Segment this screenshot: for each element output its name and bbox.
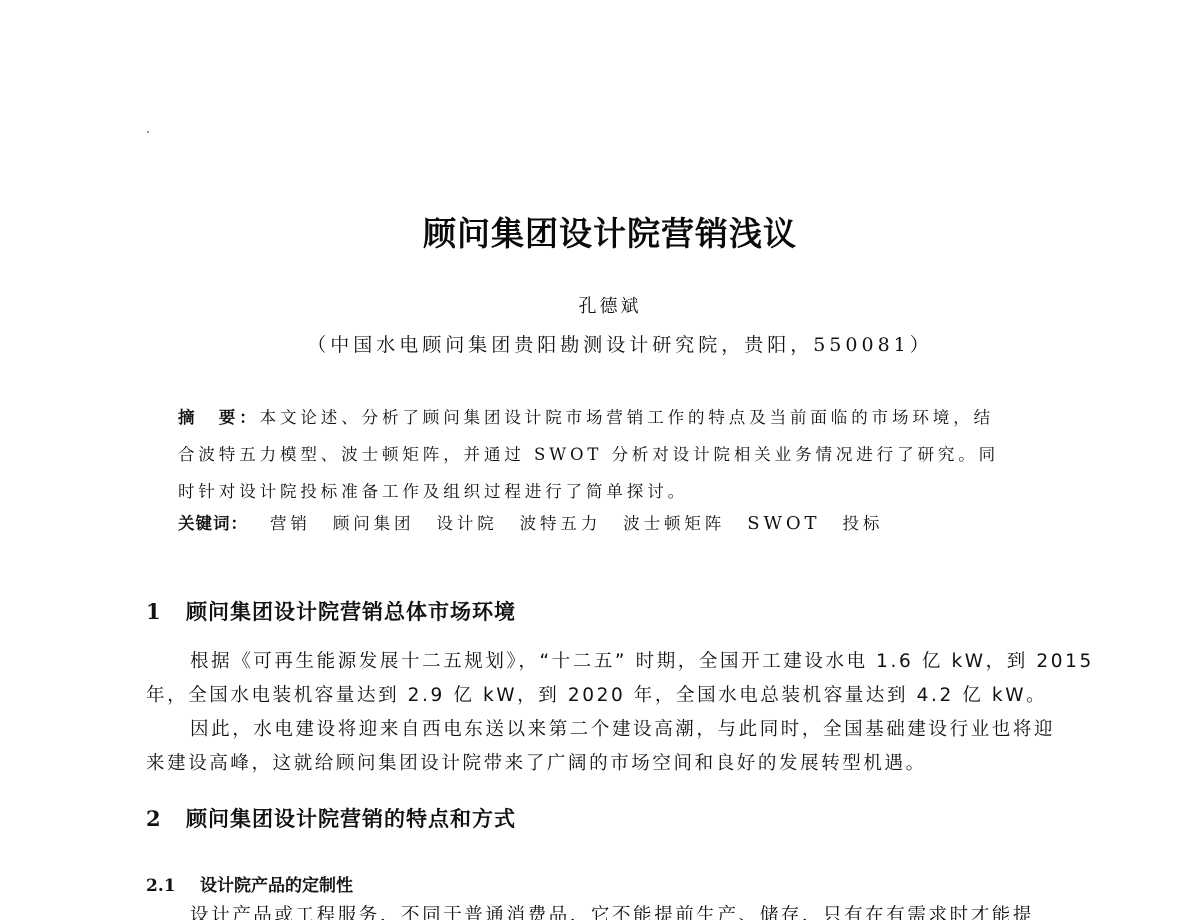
paper-title: 顾问集团设计院营销浅议 [0, 208, 1200, 255]
keyword: 设计院 [436, 514, 497, 533]
abstract-text: 本文论述、分析了顾问集团设计院市场营销工作的特点及当前面临的市场环境，结 [260, 408, 994, 427]
author-affiliation: （中国水电顾问集团贵阳勘测设计研究院，贵阳，550081） [0, 330, 1200, 357]
paragraph-line: 根据《可再生能源发展十二五规划》，“十二五” 时期，全国开工建设水电 1.6 亿… [190, 647, 1094, 673]
abstract-line-2: 合波特五力模型、波士顿矩阵，并通过 SWOT 分析对设计院相关业务情况进行了研究… [178, 441, 999, 465]
section-number: 2 [146, 806, 186, 831]
section-number: 1 [146, 599, 186, 624]
paragraph-line: 因此，水电建设将迎来自西电东送以来第二个建设高潮，与此同时，全国基础建设行业也将… [190, 715, 1055, 741]
keyword: 投标 [842, 514, 883, 533]
section-heading-2: 2顾问集团设计院营销的特点和方式 [146, 803, 516, 833]
keyword: 波士顿矩阵 [623, 514, 725, 533]
paragraph-line: 设计产品或工程服务，不同于普通消费品，它不能提前生产、储存，只有在有需求时才能提 [190, 901, 1034, 920]
keyword: 顾问集团 [333, 514, 415, 533]
author-name: 孔德斌 [0, 292, 1200, 318]
keyword: SWOT [747, 513, 820, 534]
paragraph-line: 来建设高峰，这就给顾问集团设计院带来了广阔的市场空间和良好的发展转型机遇。 [146, 749, 927, 775]
subsection-heading-2-1: 2.1设计院产品的定制性 [146, 871, 353, 896]
subsection-number: 2.1 [146, 876, 200, 896]
keywords-label: 关键词： [178, 514, 248, 533]
abstract-line-1: 摘 要：本文论述、分析了顾问集团设计院市场营销工作的特点及当前面临的市场环境，结 [178, 404, 994, 428]
keywords-line: 关键词：营销顾问集团设计院波特五力波士顿矩阵SWOT投标 [178, 510, 883, 534]
section-heading-1: 1顾问集团设计院营销总体市场环境 [146, 596, 516, 626]
scan-speck [147, 131, 149, 133]
subsection-title: 设计院产品的定制性 [200, 876, 353, 896]
keyword: 波特五力 [520, 514, 602, 533]
paragraph-line: 年，全国水电装机容量达到 2.9 亿 kW，到 2020 年，全国水电总装机容量… [146, 681, 1047, 707]
abstract-line-3: 时针对设计院投标准备工作及组织过程进行了简单探讨。 [178, 478, 688, 502]
keyword: 营销 [270, 514, 311, 533]
section-title: 顾问集团设计院营销的特点和方式 [186, 806, 516, 831]
section-title: 顾问集团设计院营销总体市场环境 [186, 599, 516, 624]
abstract-label: 摘 要： [178, 408, 260, 427]
